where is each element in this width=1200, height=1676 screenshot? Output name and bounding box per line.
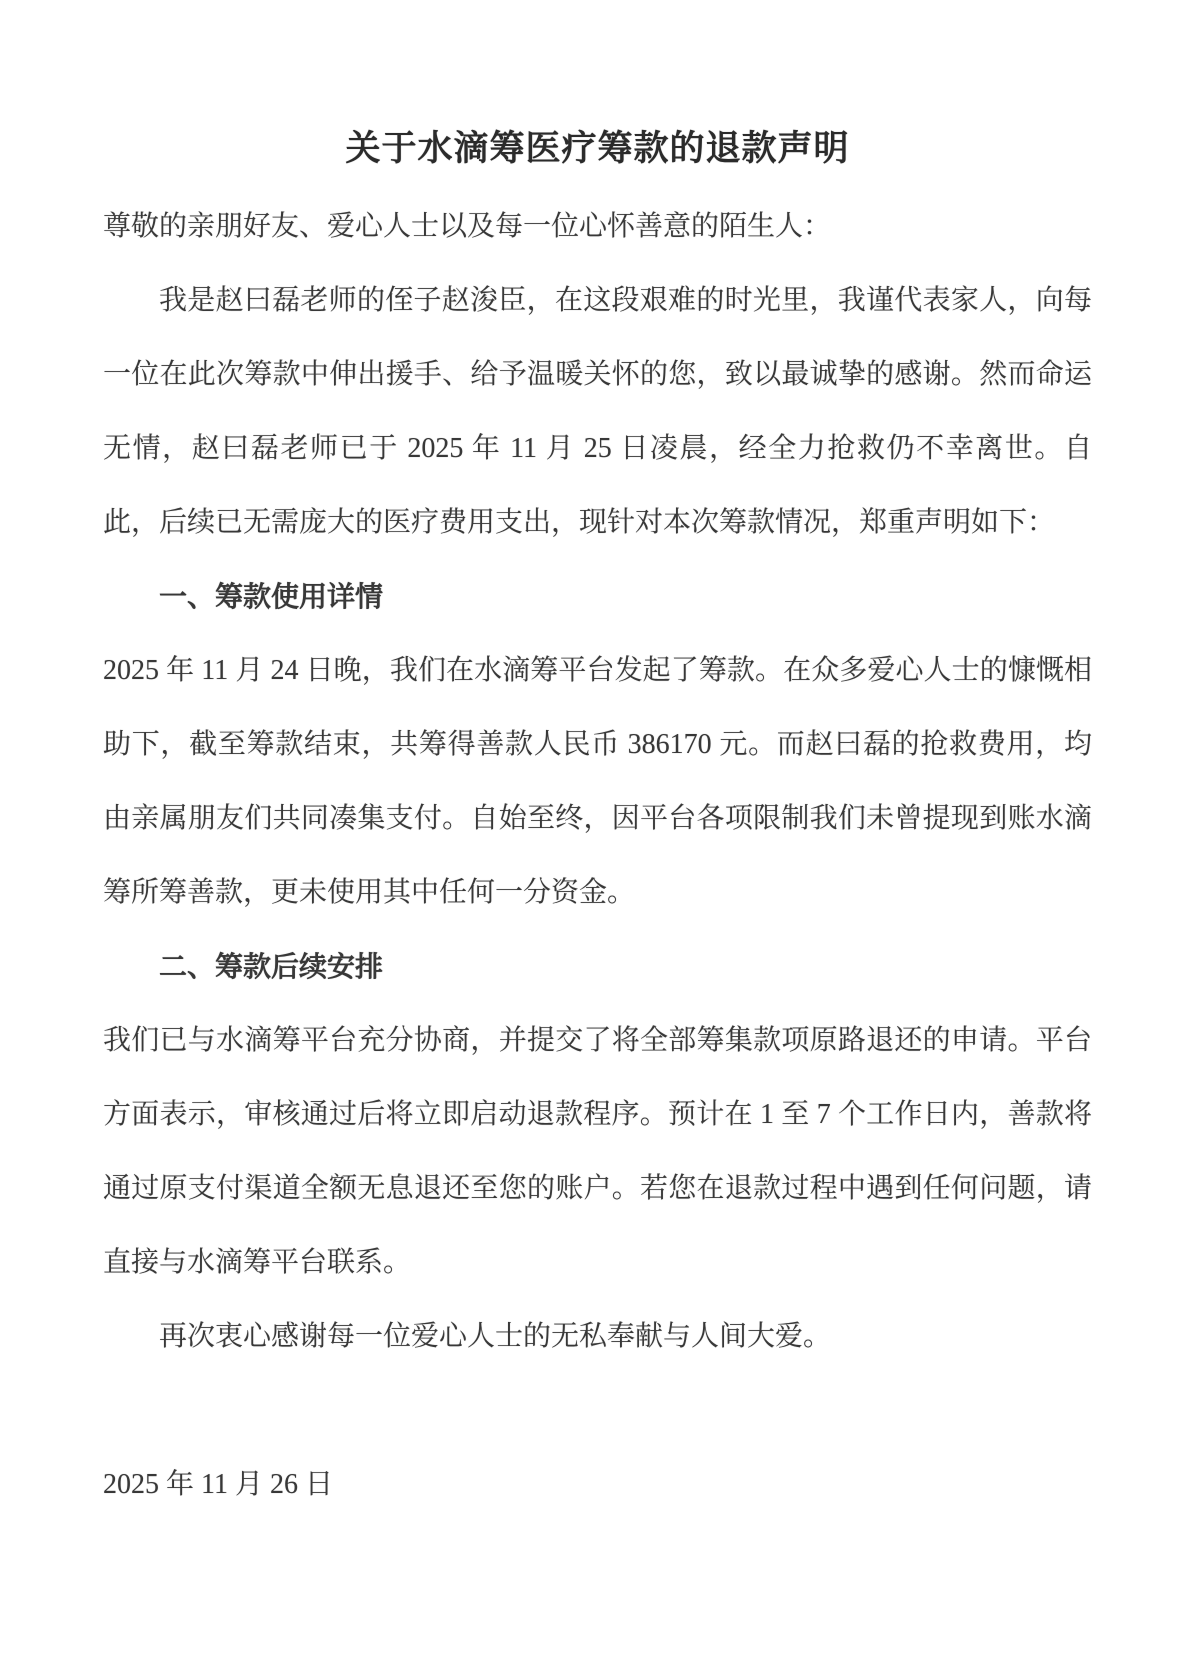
intro-paragraph: 我是赵曰磊老师的侄子赵浚臣，在这段艰难的时光里，我谨代表家人，向每一位在此次筹款… <box>103 264 1092 560</box>
document-title: 关于水滴筹医疗筹款的退款声明 <box>103 126 1092 172</box>
section-1-heading: 一、筹款使用详情 <box>103 560 1092 634</box>
document-page: 关于水滴筹医疗筹款的退款声明 尊敬的亲朋好友、爱心人士以及每一位心怀善意的陌生人… <box>0 0 1200 1676</box>
section-1-paragraph: 2025 年 11 月 24 日晚，我们在水滴筹平台发起了筹款。在众多爱心人士的… <box>103 634 1092 930</box>
salutation-line: 尊敬的亲朋好友、爱心人士以及每一位心怀善意的陌生人： <box>103 190 1092 264</box>
section-2-paragraph: 我们已与水滴筹平台充分协商，并提交了将全部筹集款项原路退还的申请。平台方面表示，… <box>103 1004 1092 1300</box>
document-body: 尊敬的亲朋好友、爱心人士以及每一位心怀善意的陌生人： 我是赵曰磊老师的侄子赵浚臣… <box>103 190 1092 1522</box>
closing-paragraph: 再次衷心感谢每一位爱心人士的无私奉献与人间大爱。 <box>103 1300 1092 1374</box>
document-content: 关于水滴筹医疗筹款的退款声明 尊敬的亲朋好友、爱心人士以及每一位心怀善意的陌生人… <box>0 0 1200 1522</box>
document-date: 2025 年 11 月 26 日 <box>103 1448 1092 1522</box>
section-2-heading: 二、筹款后续安排 <box>103 930 1092 1004</box>
